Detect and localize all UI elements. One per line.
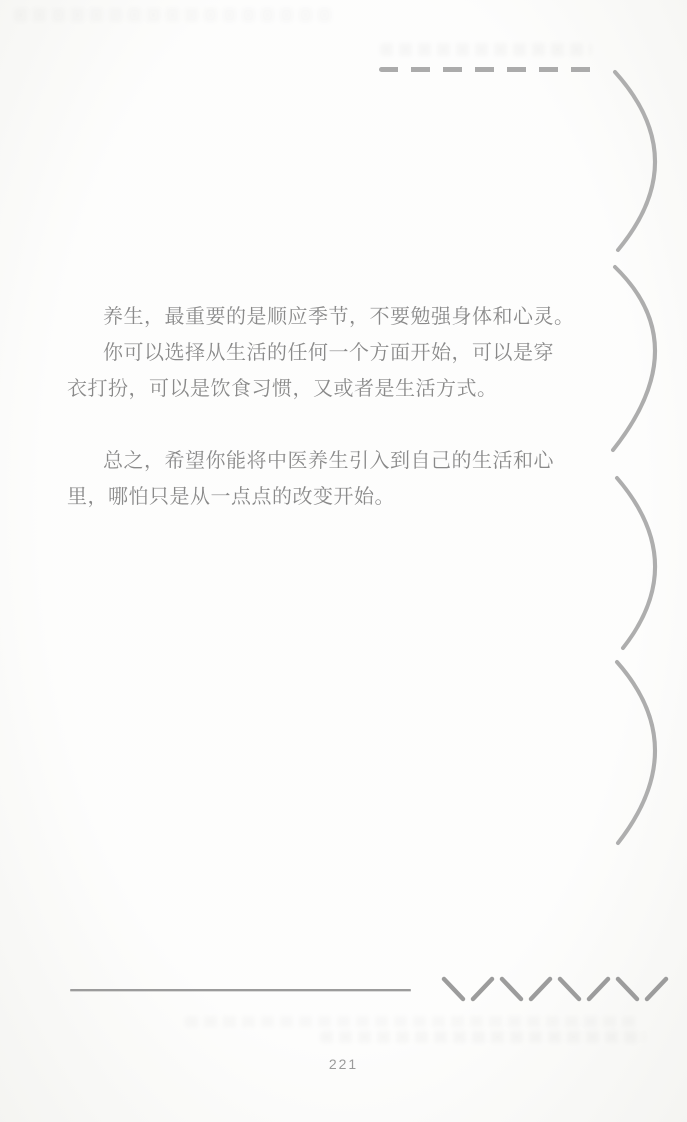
body-text: 养生，最重要的是顺应季节，不要勉强身体和心灵。 你可以选择从生活的任何一个方面开… — [67, 299, 572, 515]
zigzag-stroke — [473, 979, 492, 999]
zigzag-stroke — [502, 979, 521, 999]
arc-decoration — [613, 267, 655, 450]
arc-decoration — [617, 478, 655, 648]
ghost-text-showthrough — [185, 1016, 640, 1027]
footer-rule — [70, 989, 411, 991]
arc-decoration — [617, 662, 655, 843]
text-line: 你可以选择从生活的任何一个方面开始，可以是穿 — [67, 335, 572, 371]
zigzag-stroke — [560, 979, 579, 999]
text-line: 养生，最重要的是顺应季节，不要勉强身体和心灵。 — [67, 299, 572, 335]
zigzag-stroke — [589, 979, 608, 999]
right-margin-arcs — [600, 60, 687, 860]
dashed-rule — [379, 67, 593, 72]
zigzag-stroke — [531, 979, 550, 999]
ghost-text-showthrough — [380, 43, 592, 56]
ghost-text-showthrough — [14, 8, 334, 22]
arc-decoration — [615, 72, 655, 250]
book-page: 养生，最重要的是顺应季节，不要勉强身体和心灵。 你可以选择从生活的任何一个方面开… — [0, 0, 687, 1122]
zigzag-stroke — [444, 979, 463, 999]
text-line: 衣打扮，可以是饮食习惯，又或者是生活方式。 — [67, 371, 572, 407]
text-line: 总之，希望你能将中医养生引入到自己的生活和心 — [67, 443, 572, 479]
zigzag-stroke — [618, 979, 637, 999]
text-line: 里，哪怕只是从一点点的改变开始。 — [67, 479, 572, 515]
zigzag-stroke — [647, 979, 666, 999]
ghost-text-showthrough — [320, 1031, 645, 1043]
page-number: 221 — [0, 1056, 687, 1072]
zigzag-marks — [441, 975, 671, 1005]
